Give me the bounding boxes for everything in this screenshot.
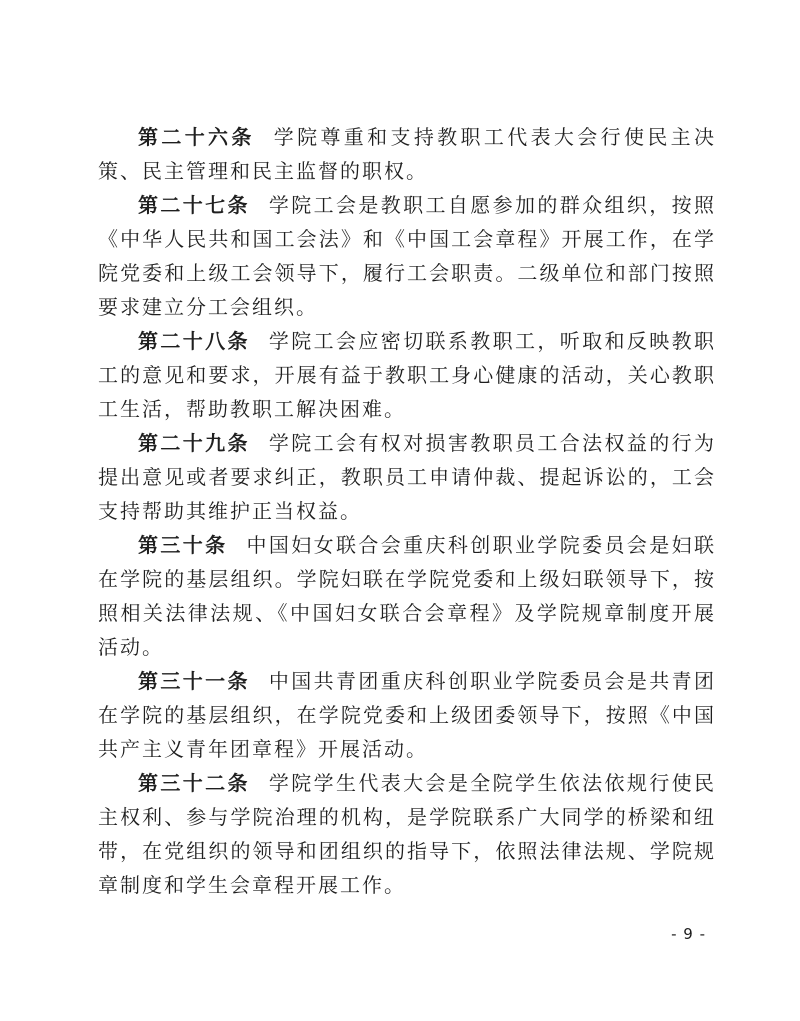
article-number: 第二十九条 [138,433,250,455]
document-body: 第二十六条学院尊重和支持教职工代表大会行使民主决策、民主管理和民主监督的职权。 … [98,121,716,903]
article-paragraph: 第二十六条学院尊重和支持教职工代表大会行使民主决策、民主管理和民主监督的职权。 [98,121,716,189]
article-number: 第二十八条 [138,331,250,353]
article-number: 第二十六条 [138,127,255,149]
document-page: 第二十六条学院尊重和支持教职工代表大会行使民主决策、民主管理和民主监督的职权。 … [0,0,800,1021]
article-paragraph: 第二十八条学院工会应密切联系教职工，听取和反映教职工的意见和要求，开展有益于教职… [98,325,716,427]
article-number: 第二十七条 [138,195,250,217]
article-number: 第三十条 [138,535,228,557]
article-paragraph: 第三十一条中国共青团重庆科创职业学院委员会是共青团在学院的基层组织，在学院党委和… [98,665,716,767]
article-paragraph: 第三十条中国妇女联合会重庆科创职业学院委员会是妇联在学院的基层组织。学院妇联在学… [98,529,716,665]
article-number: 第三十二条 [138,773,250,795]
article-paragraph: 第三十二条学院学生代表大会是全院学生依法依规行使民主权利、参与学院治理的机构，是… [98,767,716,903]
article-paragraph: 第二十七条学院工会是教职工自愿参加的群众组织，按照《中华人民共和国工会法》和《中… [98,189,716,325]
page-number: - 9 - [671,925,706,943]
article-number: 第三十一条 [138,671,250,693]
article-paragraph: 第二十九条学院工会有权对损害教职员工合法权益的行为提出意见或者要求纠正，教职员工… [98,427,716,529]
